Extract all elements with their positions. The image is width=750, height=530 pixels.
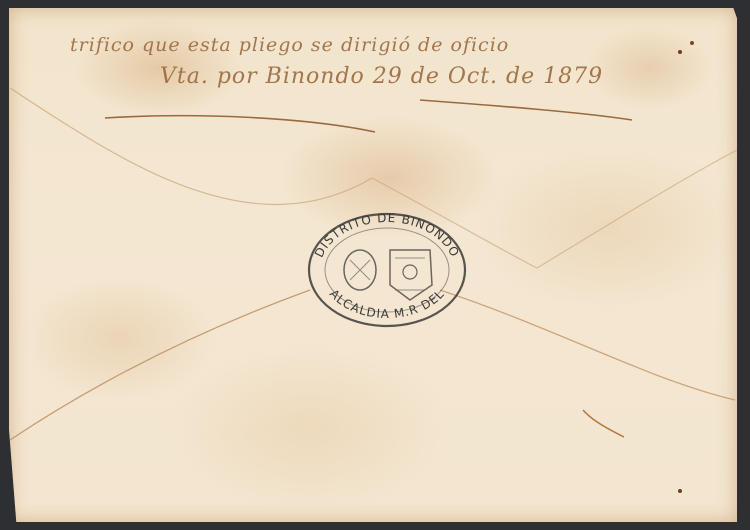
stamp-top-text: DISTRITO DE BINONDO: [312, 211, 462, 260]
svg-text:DISTRITO DE BINONDO: DISTRITO DE BINONDO: [312, 211, 462, 260]
handwritten-note-line1: trifico que esta pliego se dirigió de of…: [70, 34, 509, 56]
postal-stamp: DISTRITO DE BINONDO ALCALDIA M.R DEL: [309, 211, 465, 326]
handwritten-note-line2: Vta. por Binondo 29 de Oct. de 1879: [160, 64, 603, 89]
coat-of-arms-icon: [344, 250, 432, 300]
svg-text:ALCALDIA M.R DEL: ALCALDIA M.R DEL: [327, 287, 447, 321]
stamp-bottom-text: ALCALDIA M.R DEL: [327, 287, 447, 321]
